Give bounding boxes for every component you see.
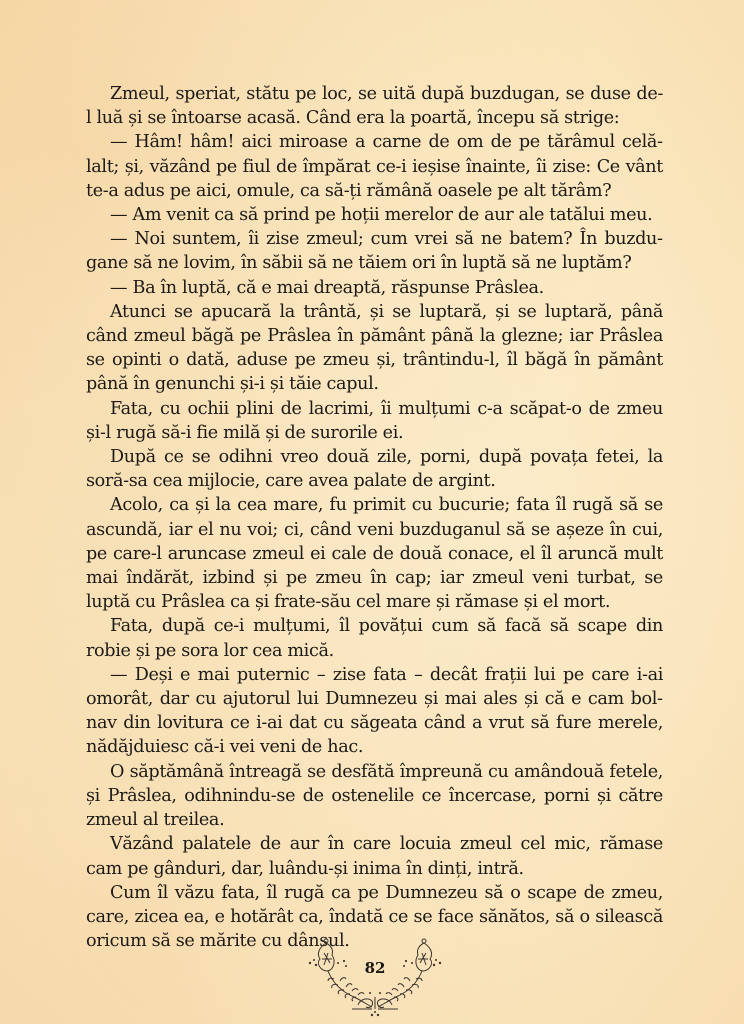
floral-ornament-icon <box>300 935 450 1020</box>
paragraph: Atunci se apucară la trântă, și se lupta… <box>86 300 663 397</box>
page-number: 82 <box>300 959 450 977</box>
paragraph: — Am venit ca să prind pe hoții merelor … <box>86 203 663 227</box>
paragraph: — Ba în luptă, că e mai dreaptă, răspuns… <box>86 276 663 300</box>
paragraph: Fata, după ce-i mulțumi, îl povățui cum … <box>86 614 663 662</box>
paragraph: — Hâm! hâm! aici miroase a carne de om d… <box>86 130 663 203</box>
paragraph: Fata, cu ochii plini de lacrimi, îi mulț… <box>86 397 663 445</box>
paragraph: Acolo, ca și la cea mare, fu primit cu b… <box>86 493 663 614</box>
page-footer: 82 <box>300 935 450 1020</box>
paragraph: Văzând palatele de aur în care locuia zm… <box>86 832 663 880</box>
paragraph: O săptămână întreagă se desfătă împreună… <box>86 760 663 833</box>
paragraph: După ce se odihni vreo două zile, porni,… <box>86 445 663 493</box>
paragraph: — Deși e mai puternic – zise fata – decâ… <box>86 663 663 760</box>
paragraph: — Noi suntem, îi zise zmeul; cum vrei să… <box>86 227 663 275</box>
page-body-text: Zmeul, speriat, stătu pe loc, se uită du… <box>86 82 663 953</box>
paragraph: Zmeul, speriat, stătu pe loc, se uită du… <box>86 82 663 130</box>
